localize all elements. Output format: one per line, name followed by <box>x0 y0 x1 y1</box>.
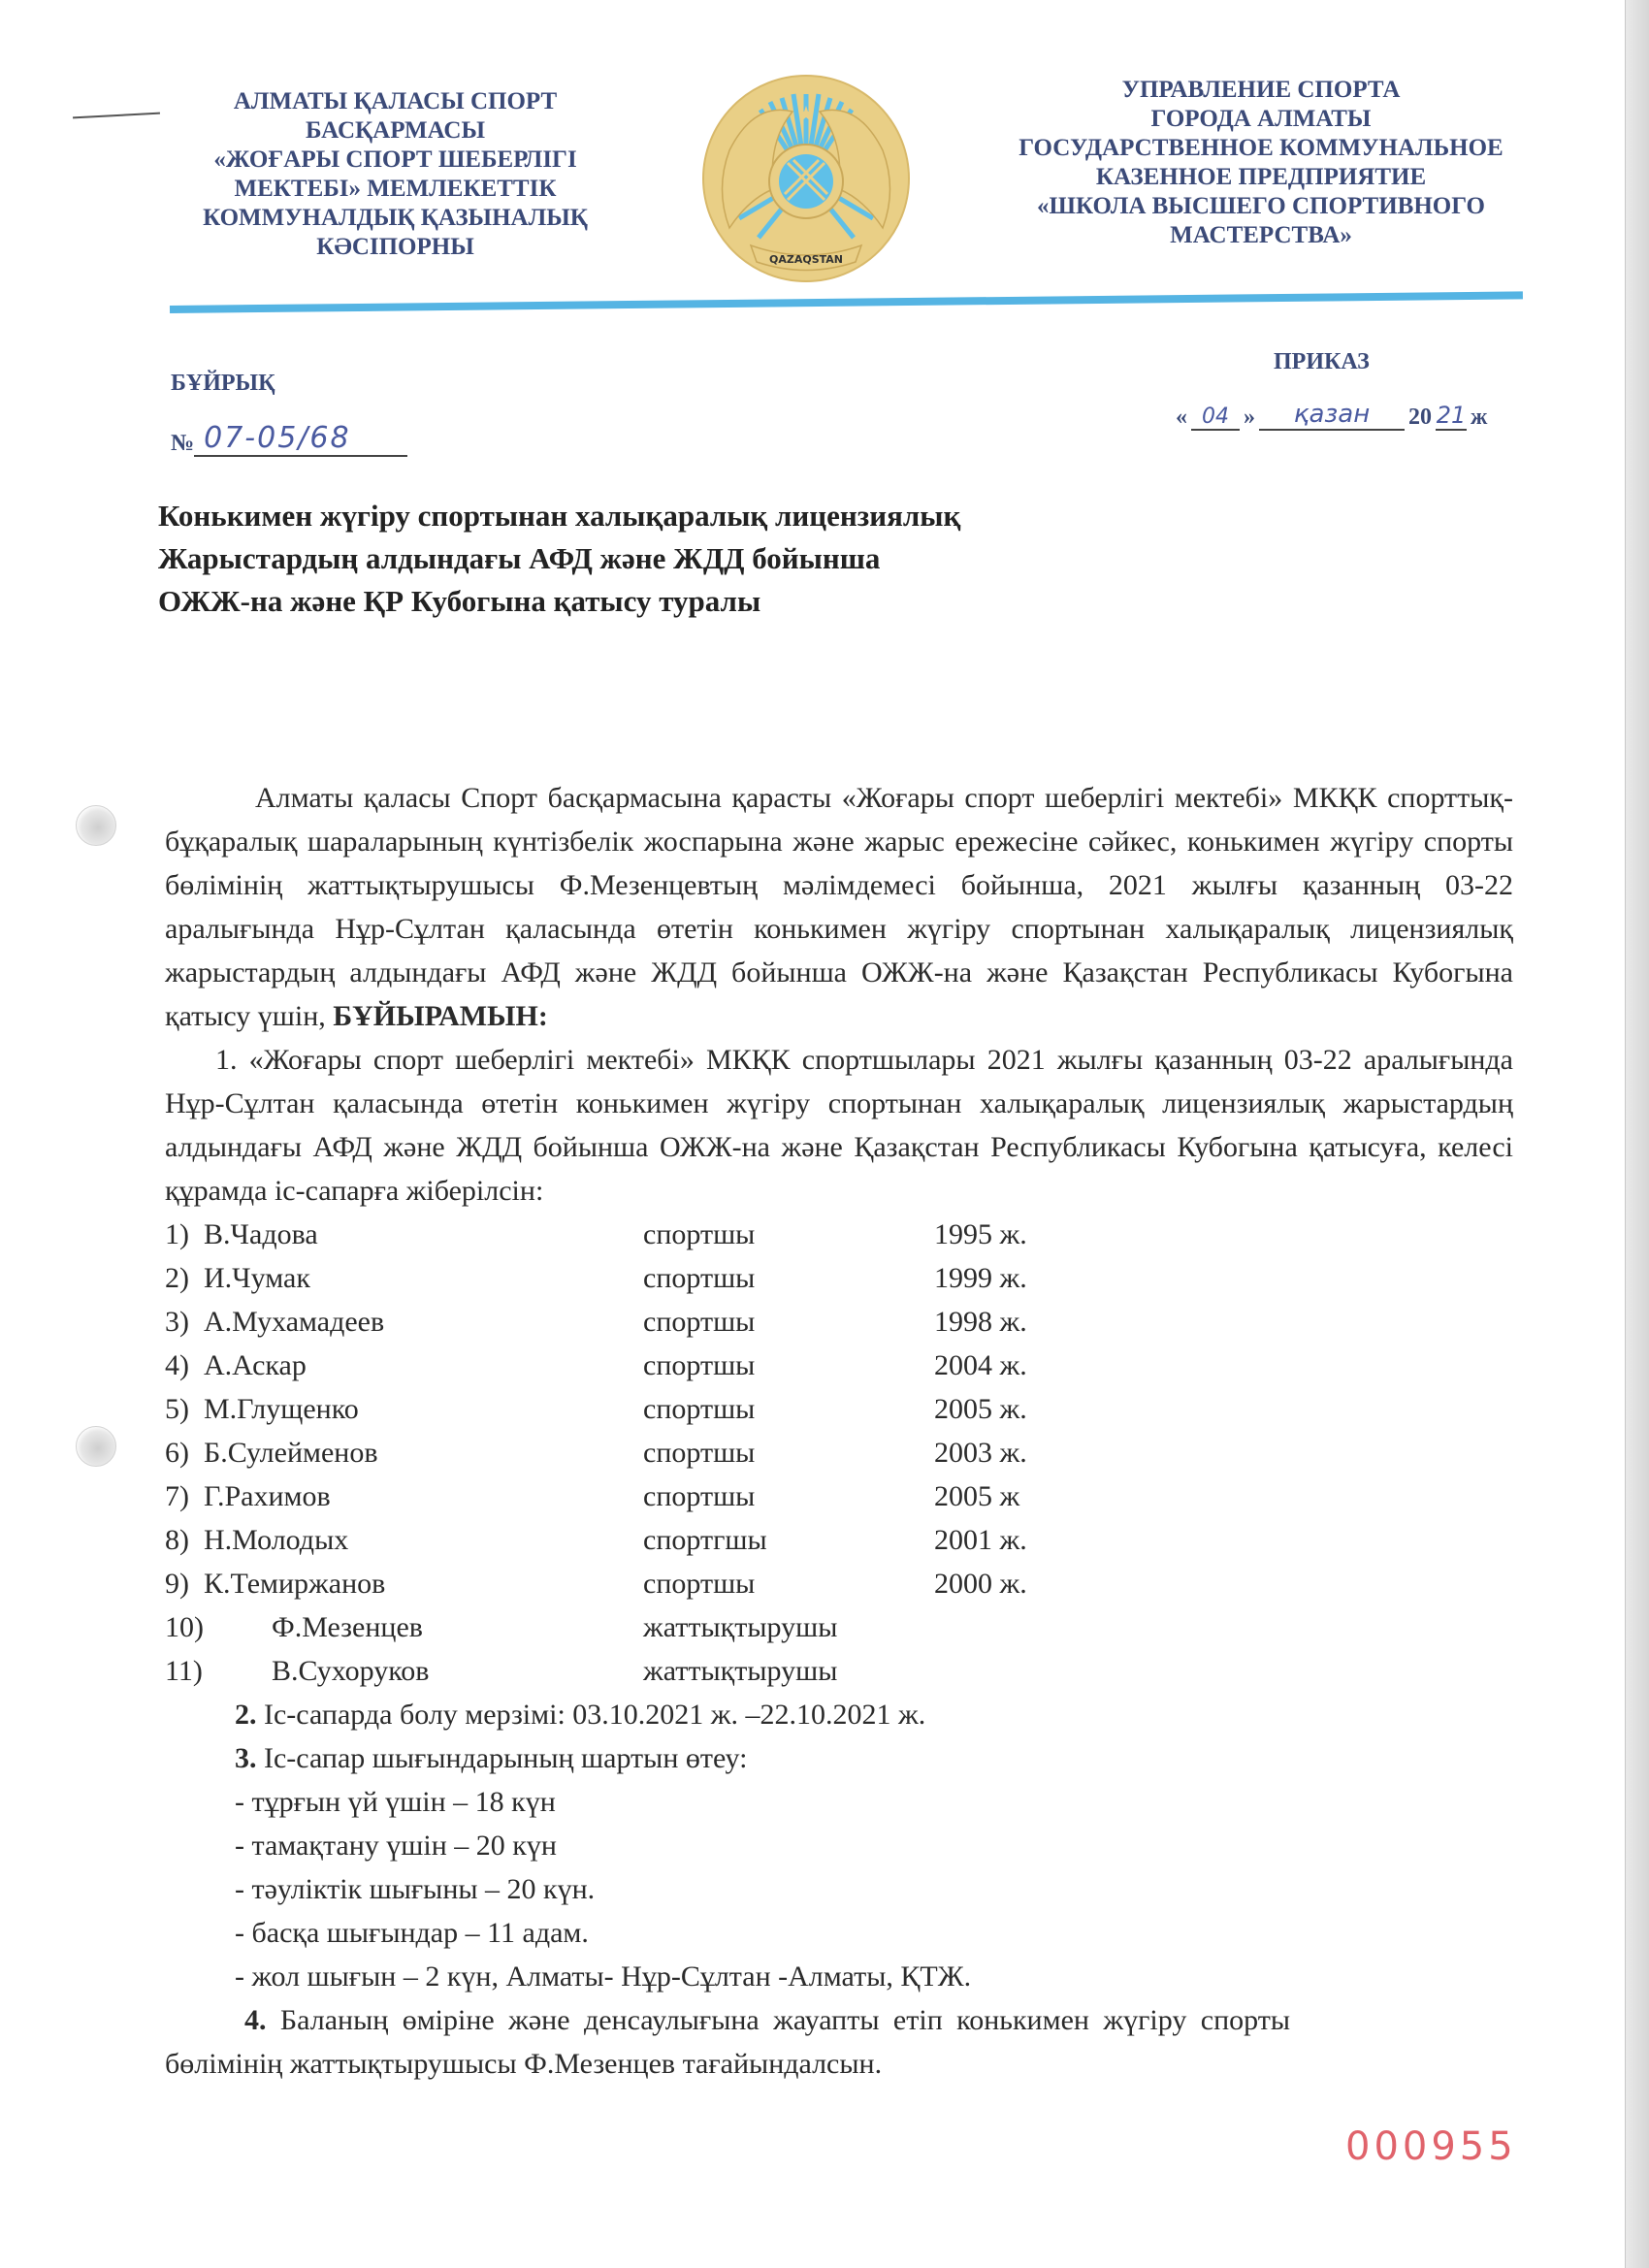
svg-text:QAZAQSTAN: QAZAQSTAN <box>769 253 843 266</box>
roster-role: спортгшы <box>643 1518 934 1562</box>
roster-name: Н.Молодых <box>204 1518 643 1562</box>
item-3-text: Іс-сапар шығындарының шартын өтеу: <box>257 1742 748 1774</box>
letterhead-ru-line: ГОРОДА АЛМАТЫ <box>960 105 1562 134</box>
letterhead-kz-line: «ЖОҒАРЫ СПОРТ ШЕБЕРЛІГІ <box>155 146 635 175</box>
item-3-subitem: - тәуліктік шығыны – 20 күн. <box>165 1867 1513 1911</box>
roster-year: 2004 ж. <box>934 1344 1080 1387</box>
roster-name: Ф.Мезенцев <box>272 1605 643 1649</box>
letterhead-ru-line: УПРАВЛЕНИЕ СПОРТА <box>960 76 1562 105</box>
roster-name: В.Чадова <box>204 1213 643 1256</box>
roster-index: 7) <box>165 1474 204 1518</box>
date-close-quote: » <box>1244 405 1255 431</box>
letterhead-ru-line: МАСТЕРСТВА» <box>960 221 1562 250</box>
roster-name: М.Глущенко <box>204 1387 643 1431</box>
roster-index: 3) <box>165 1300 204 1344</box>
item-3-subitem: - тамақтану үшін – 20 күн <box>165 1824 1513 1867</box>
letterhead-ru-line: КАЗЕННОЕ ПРЕДПРИЯТИЕ <box>960 163 1562 192</box>
roster-index: 1) <box>165 1213 204 1256</box>
order-label-russian: ПРИКАЗ <box>1274 349 1370 375</box>
order-number-handwritten: 07-05/68 <box>194 421 407 457</box>
order-date: « 04 » қазан 20 21 ж <box>1176 400 1487 431</box>
letterhead-russian: УПРАВЛЕНИЕ СПОРТА ГОРОДА АЛМАТЫ ГОСУДАРС… <box>960 76 1562 250</box>
letterhead-kz-line: КОММУНАЛДЫҚ ҚАЗЫНАЛЫҚ <box>155 204 635 233</box>
item-4-number: 4. <box>244 2004 267 2036</box>
roster-year: 1998 ж. <box>934 1300 1080 1344</box>
roster-year: 2000 ж. <box>934 1562 1080 1605</box>
roster-index: 5) <box>165 1387 204 1431</box>
letterhead-kazakh: АЛМАТЫ ҚАЛАСЫ СПОРТ БАСҚАРМАСЫ «ЖОҒАРЫ С… <box>155 87 635 262</box>
date-year-prefix: 20 <box>1408 405 1432 431</box>
item-3-subitem: - жол шығын – 2 күн, Алматы- Нұр-Сұлтан … <box>165 1955 1513 1998</box>
order-body: Алматы қаласы Спорт басқармасына қарасты… <box>165 776 1513 2086</box>
item-1-paragraph: 1. «Жоғары спорт шеберлігі мектебі» МКҚК… <box>165 1038 1513 1213</box>
roster-year: 1995 ж. <box>934 1213 1080 1256</box>
punch-hole-bottom <box>76 1426 116 1467</box>
order-label-kazakh: БҰЙРЫҚ <box>171 371 275 397</box>
scan-page-edge <box>1625 0 1649 2268</box>
letterhead-ru-line: «ШКОЛА ВЫСШЕГО СПОРТИВНОГО <box>960 192 1562 221</box>
item-4-paragraph: 4. Баланың өміріне және денсаулығына жау… <box>165 1998 1513 2086</box>
roster-year: 2003 ж. <box>934 1431 1080 1474</box>
item-3: 3. Іс-сапар шығындарының шартын өтеу: <box>165 1736 1513 1780</box>
roster-row: 10)Ф.Мезенцевжаттықтырушы <box>165 1605 1513 1649</box>
roster-row: 5)М.Глущенкоспортшы2005 ж. <box>165 1387 1513 1431</box>
item-4-text: Баланың өміріне және денсаулығына жауапт… <box>165 2004 1290 2080</box>
date-year-handwritten: 21 <box>1436 402 1467 431</box>
letterhead-kz-line: МЕКТЕБІ» МЕМЛЕКЕТТІК <box>155 175 635 204</box>
item-2-number: 2. <box>235 1699 257 1731</box>
roster-name: Б.Сулейменов <box>204 1431 643 1474</box>
roster-index: 2) <box>165 1256 204 1300</box>
roster-row: 11)В.Сухоруковжаттықтырушы <box>165 1649 1513 1693</box>
item-3-subitem: - тұрғын үй үшін – 18 күн <box>165 1780 1513 1824</box>
subject-line: Жарыстардың алдындағы АФД және ЖДД бойын… <box>158 537 960 580</box>
roster-row: 7)Г.Рахимовспортшы2005 ж <box>165 1474 1513 1518</box>
item-1-text: «Жоғары спорт шеберлігі мектебі» МКҚК сп… <box>165 1044 1513 1207</box>
roster-row: 9)К.Темиржановспортшы2000 ж. <box>165 1562 1513 1605</box>
participant-roster: 1)В.Чадоваспортшы1995 ж. 2)И.Чумакспортш… <box>165 1213 1513 1693</box>
roster-role: спортшы <box>643 1300 934 1344</box>
roster-row: 2)И.Чумакспортшы1999 ж. <box>165 1256 1513 1300</box>
roster-role: спортшы <box>643 1344 934 1387</box>
date-open-quote: « <box>1176 405 1187 431</box>
roster-role: спортшы <box>643 1562 934 1605</box>
punch-hole-top <box>76 805 116 846</box>
preamble-paragraph: Алматы қаласы Спорт басқармасына қарасты… <box>165 776 1513 1038</box>
letterhead-ru-line: ГОСУДАРСТВЕННОЕ КОММУНАЛЬНОЕ <box>960 134 1562 163</box>
roster-role: жаттықтырушы <box>643 1605 934 1649</box>
roster-role: спортшы <box>643 1431 934 1474</box>
date-month-handwritten: қазан <box>1259 400 1405 431</box>
order-number: № 07-05/68 <box>171 421 407 457</box>
pen-mark <box>73 113 160 119</box>
roster-name: Г.Рахимов <box>204 1474 643 1518</box>
preamble-command: БҰЙЫРАМЫН: <box>333 1000 548 1032</box>
roster-year: 2005 ж <box>934 1474 1080 1518</box>
roster-year: 2001 ж. <box>934 1518 1080 1562</box>
state-emblem-icon: QAZAQSTAN <box>700 73 912 284</box>
roster-role: спортшы <box>643 1213 934 1256</box>
roster-name: А.Аскар <box>204 1344 643 1387</box>
number-sign: № <box>171 431 194 457</box>
roster-row: 8)Н.Молодыхспортгшы2001 ж. <box>165 1518 1513 1562</box>
letterhead-kz-line: АЛМАТЫ ҚАЛАСЫ СПОРТ <box>155 87 635 116</box>
item-1-number: 1. <box>215 1044 238 1076</box>
roster-row: 1)В.Чадоваспортшы1995 ж. <box>165 1213 1513 1256</box>
roster-role: жаттықтырушы <box>643 1649 934 1693</box>
item-2-text: Іс-сапарда болу мерзімі: 03.10.2021 ж. –… <box>257 1699 926 1731</box>
roster-role: спортшы <box>643 1387 934 1431</box>
serial-number-stamp: 000955 <box>1345 2124 1517 2169</box>
preamble-text: Алматы қаласы Спорт басқармасына қарасты… <box>165 782 1513 1032</box>
roster-index: 6) <box>165 1431 204 1474</box>
item-3-number: 3. <box>235 1742 257 1774</box>
roster-index: 10) <box>165 1605 272 1649</box>
subject-line: ОЖЖ-на және ҚР Кубогына қатысу туралы <box>158 580 960 623</box>
roster-role: спортшы <box>643 1474 934 1518</box>
roster-index: 4) <box>165 1344 204 1387</box>
roster-name: А.Мухамадеев <box>204 1300 643 1344</box>
subject-line: Конькимен жүгіру спортынан халықаралық л… <box>158 495 960 537</box>
roster-row: 6)Б.Сулейменовспортшы2003 ж. <box>165 1431 1513 1474</box>
roster-year: 1999 ж. <box>934 1256 1080 1300</box>
letterhead-kz-line: КӘСІПОРНЫ <box>155 233 635 262</box>
item-2: 2. Іс-сапарда болу мерзімі: 03.10.2021 ж… <box>165 1693 1513 1736</box>
roster-name: К.Темиржанов <box>204 1562 643 1605</box>
roster-name: И.Чумак <box>204 1256 643 1300</box>
roster-role: спортшы <box>643 1256 934 1300</box>
order-subject: Конькимен жүгіру спортынан халықаралық л… <box>158 495 960 623</box>
roster-name: В.Сухоруков <box>272 1649 643 1693</box>
date-year-unit: ж <box>1471 405 1487 431</box>
date-day-handwritten: 04 <box>1191 405 1240 431</box>
roster-index: 11) <box>165 1649 272 1693</box>
letterhead-divider <box>170 291 1523 313</box>
roster-index: 8) <box>165 1518 204 1562</box>
letterhead-kz-line: БАСҚАРМАСЫ <box>155 116 635 146</box>
roster-row: 4)А.Аскарспортшы2004 ж. <box>165 1344 1513 1387</box>
roster-row: 3)А.Мухамадеевспортшы1998 ж. <box>165 1300 1513 1344</box>
roster-year: 2005 ж. <box>934 1387 1080 1431</box>
roster-year <box>934 1649 1080 1693</box>
roster-year <box>934 1605 1080 1649</box>
roster-index: 9) <box>165 1562 204 1605</box>
item-3-subitem: - басқа шығындар – 11 адам. <box>165 1911 1513 1955</box>
